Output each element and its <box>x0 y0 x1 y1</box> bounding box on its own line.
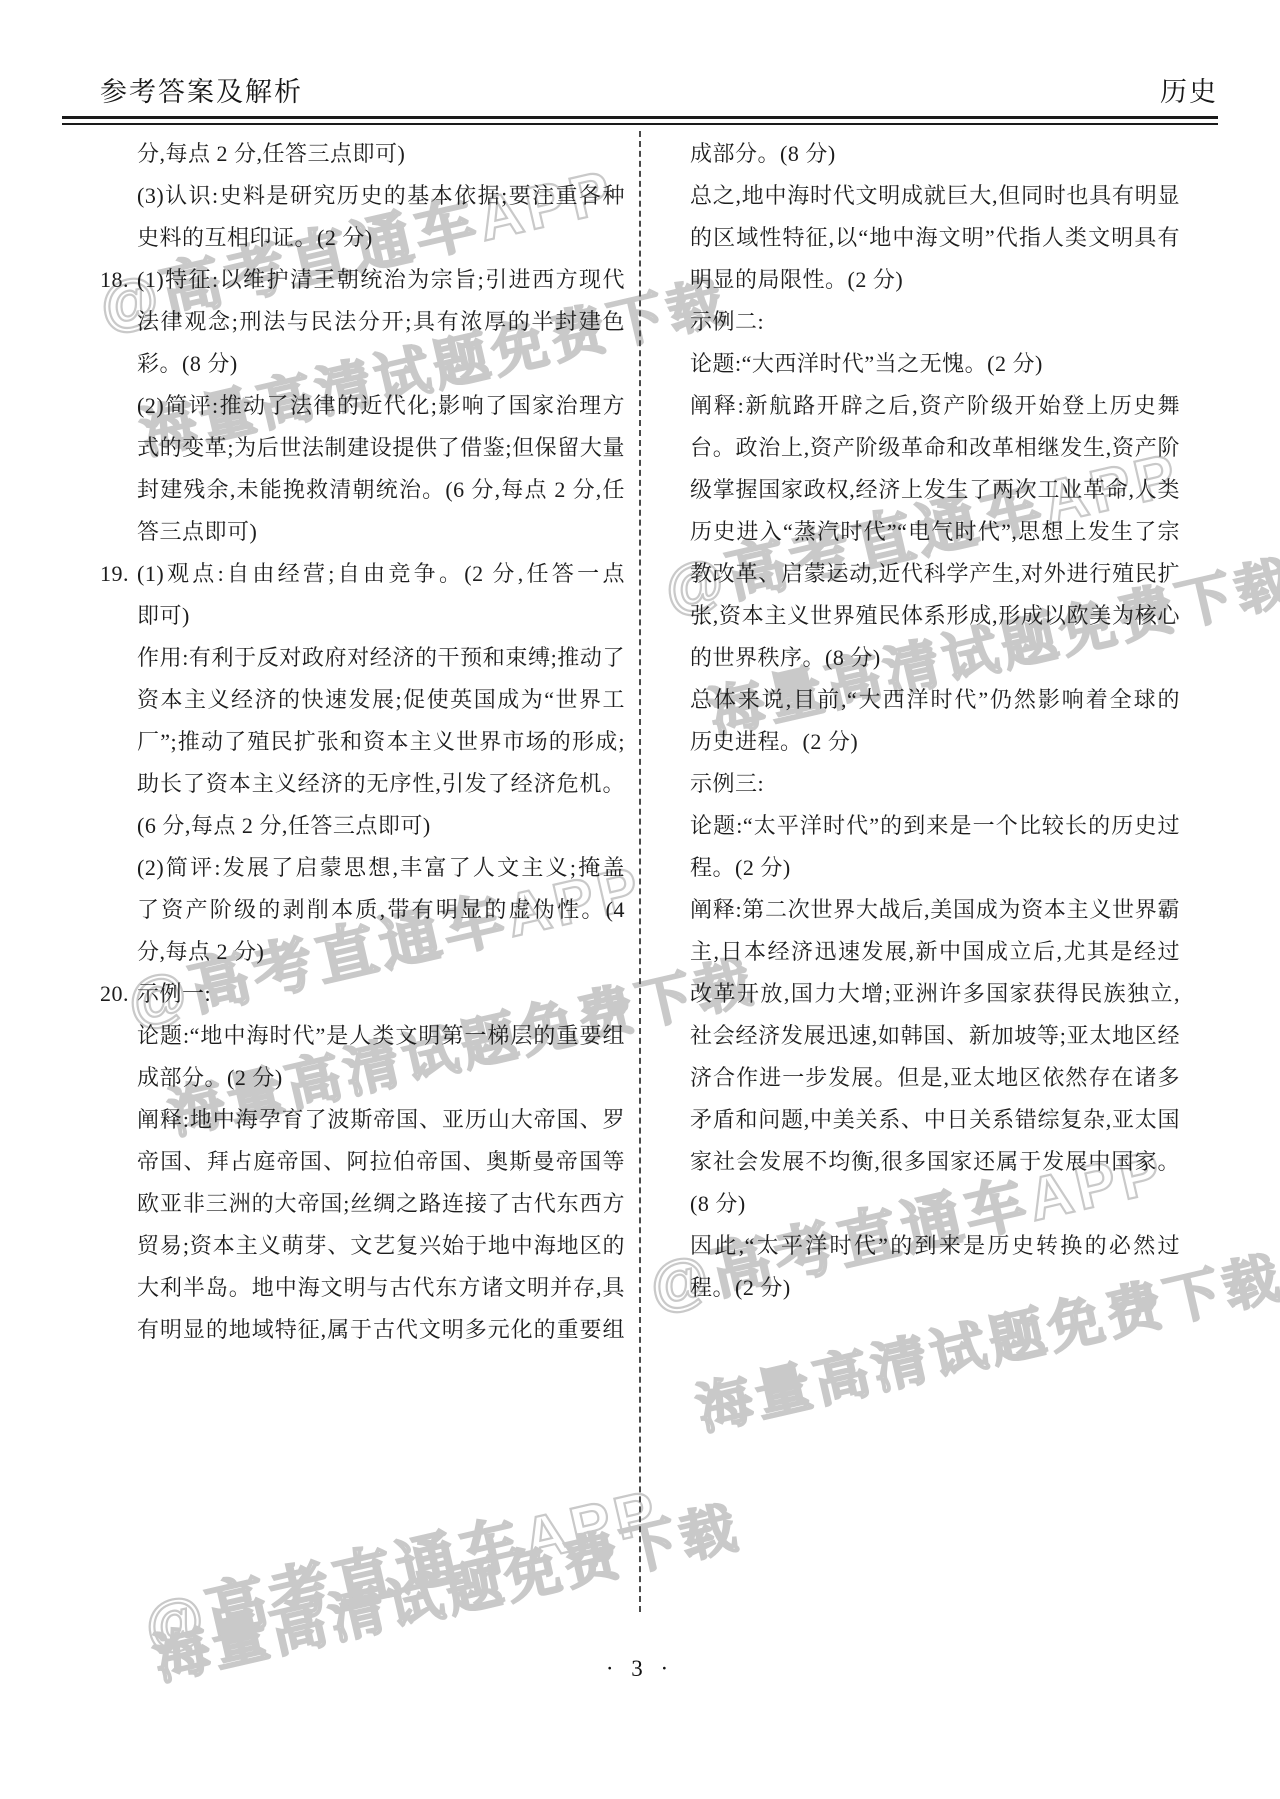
answer-line: 论题:“地中海时代”是人类文明第一梯层的重要组 <box>100 1015 625 1057</box>
answer-line: 史料的互相印证。(2 分) <box>100 217 625 259</box>
answer-text: 程。(2 分) <box>690 847 1180 889</box>
answer-text: 示例二: <box>690 301 1180 343</box>
answer-text: 贸易;资本主义萌芽、文艺复兴始于地中海地区的意 <box>137 1225 625 1267</box>
answer-line: 的世界秩序。(8 分) <box>690 637 1180 679</box>
answer-text: 历史进入“蒸汽时代”“电气时代”,思想上发生了宗 <box>690 511 1180 553</box>
answer-line: 成部分。(8 分) <box>690 133 1180 175</box>
answer-text: 程。(2 分) <box>690 1267 1180 1309</box>
answer-line: 论题:“大西洋时代”当之无愧。(2 分) <box>690 343 1180 385</box>
answer-text: 式的变革;为后世法制建设提供了借鉴;但保留大量 <box>137 427 625 469</box>
answer-line: 示例二: <box>690 301 1180 343</box>
answer-line: (6 分,每点 2 分,任答三点即可) <box>100 805 625 847</box>
answer-text: 欧亚非三洲的大帝国;丝绸之路连接了古代东西方 <box>137 1183 625 1225</box>
subject-label: 历史 <box>1160 70 1218 109</box>
answer-text: 论题:“地中海时代”是人类文明第一梯层的重要组 <box>137 1015 625 1057</box>
answer-line: 社会经济发展迅速,如韩国、新加坡等;亚太地区经 <box>690 1015 1180 1057</box>
answer-text: 济合作进一步发展。但是,亚太地区依然存在诸多 <box>690 1057 1180 1099</box>
answer-line: 程。(2 分) <box>690 1267 1180 1309</box>
answer-line: 主,日本经济迅速发展,新中国成立后,尤其是经过 <box>690 931 1180 973</box>
answer-line: 法律观念;刑法与民法分开;具有浓厚的半封建色 <box>100 301 625 343</box>
answer-text: 论题:“太平洋时代”的到来是一个比较长的历史过 <box>690 805 1180 847</box>
answer-text: 示例一: <box>137 973 625 1015</box>
question-number: 19. <box>100 553 129 595</box>
answer-text: 阐释:地中海孕育了波斯帝国、亚历山大帝国、罗马 <box>137 1099 625 1141</box>
answer-line: 即可) <box>100 595 625 637</box>
answer-text: (2)简评:发展了启蒙思想,丰富了人文主义;掩盖 <box>137 847 625 889</box>
answer-text: 大利半岛。地中海文明与古代东方诸文明并存,具 <box>137 1267 625 1309</box>
answer-line: 贸易;资本主义萌芽、文艺复兴始于地中海地区的意 <box>100 1225 625 1267</box>
answer-text: 了资产阶级的剥削本质,带有明显的虚伪性。(4 <box>137 889 625 931</box>
answer-line: (2)简评:发展了启蒙思想,丰富了人文主义;掩盖 <box>100 847 625 889</box>
answer-line: (8 分) <box>690 1183 1180 1225</box>
answer-line: 帝国、拜占庭帝国、阿拉伯帝国、奥斯曼帝国等地跨 <box>100 1141 625 1183</box>
answer-text: 阐释:新航路开辟之后,资产阶级开始登上历史舞 <box>690 385 1180 427</box>
answer-line: 论题:“太平洋时代”的到来是一个比较长的历史过 <box>690 805 1180 847</box>
right-column: 成部分。(8 分)总之,地中海时代文明成就巨大,但同时也具有明显的区域性特征,以… <box>690 133 1180 1309</box>
answer-line: 分,每点 2 分) <box>100 931 625 973</box>
question-number: 20. <box>100 973 129 1015</box>
left-column: 分,每点 2 分,任答三点即可)(3)认识:史料是研究历史的基本依据;要注重各种… <box>100 133 625 1351</box>
page-number: · 3 · <box>10 1656 1270 1682</box>
answer-text: 的世界秩序。(8 分) <box>690 637 1180 679</box>
answer-line: 大利半岛。地中海文明与古代东方诸文明并存,具 <box>100 1267 625 1309</box>
answer-text: 改革开放,国力大增;亚洲许多国家获得民族独立, <box>690 973 1180 1015</box>
question-number: 18. <box>100 259 129 301</box>
answer-line: 家社会发展不均衡,很多国家还属于发展中国家。 <box>690 1141 1180 1183</box>
answer-text: 家社会发展不均衡,很多国家还属于发展中国家。 <box>690 1141 1180 1183</box>
answer-text: 主,日本经济迅速发展,新中国成立后,尤其是经过 <box>690 931 1180 973</box>
answer-text: (6 分,每点 2 分,任答三点即可) <box>137 805 625 847</box>
answer-text: 因此,“太平洋时代”的到来是历史转换的必然过 <box>690 1225 1180 1267</box>
answer-text: 有明显的地域特征,属于古代文明多元化的重要组 <box>137 1309 625 1351</box>
answer-line: 分,每点 2 分,任答三点即可) <box>100 133 625 175</box>
answer-text: 的区域性特征,以“地中海文明”代指人类文明具有 <box>690 217 1180 259</box>
answer-text: 史料的互相印证。(2 分) <box>137 217 625 259</box>
answer-line: 厂”;推动了殖民扩张和资本主义世界市场的形成; <box>100 721 625 763</box>
answer-text: 即可) <box>137 595 625 637</box>
answer-text: 台。政治上,资产阶级革命和改革相继发生,资产阶 <box>690 427 1180 469</box>
answer-text: 张,资本主义世界殖民体系形成,形成以欧美为核心 <box>690 595 1180 637</box>
answer-line: 矛盾和问题,中美关系、中日关系错综复杂,亚太国 <box>690 1099 1180 1141</box>
answer-text: 资本主义经济的快速发展;促使英国成为“世界工 <box>137 679 625 721</box>
answer-text: (1)特征:以维护清王朝统治为宗旨;引进西方现代 <box>137 259 625 301</box>
answer-text: 矛盾和问题,中美关系、中日关系错综复杂,亚太国 <box>690 1099 1180 1141</box>
answer-line: 张,资本主义世界殖民体系形成,形成以欧美为核心 <box>690 595 1180 637</box>
header-rule <box>62 116 1218 125</box>
answer-line: 阐释:新航路开辟之后,资产阶级开始登上历史舞 <box>690 385 1180 427</box>
answer-text: 教改革、启蒙运动,近代科学产生,对外进行殖民扩 <box>690 553 1180 595</box>
answer-line: 济合作进一步发展。但是,亚太地区依然存在诸多 <box>690 1057 1180 1099</box>
answer-text: 分,每点 2 分) <box>137 931 625 973</box>
answer-line: 教改革、启蒙运动,近代科学产生,对外进行殖民扩 <box>690 553 1180 595</box>
answer-text: 封建残余,未能挽救清朝统治。(6 分,每点 2 分,任 <box>137 469 625 511</box>
answer-line: 作用:有利于反对政府对经济的干预和束缚;推动了 <box>100 637 625 679</box>
answer-line: 彩。(8 分) <box>100 343 625 385</box>
answer-line: 历史进入“蒸汽时代”“电气时代”,思想上发生了宗 <box>690 511 1180 553</box>
answer-line: 总体来说,目前,“大西洋时代”仍然影响着全球的 <box>690 679 1180 721</box>
answer-text: 总之,地中海时代文明成就巨大,但同时也具有明显 <box>690 175 1180 217</box>
answer-text: (8 分) <box>690 1183 1180 1225</box>
answer-line: 明显的局限性。(2 分) <box>690 259 1180 301</box>
answer-line: 助长了资本主义经济的无序性,引发了经济危机。 <box>100 763 625 805</box>
answer-line: 封建残余,未能挽救清朝统治。(6 分,每点 2 分,任 <box>100 469 625 511</box>
answer-text: 明显的局限性。(2 分) <box>690 259 1180 301</box>
answer-line: 级掌握国家政权,经济上发生了两次工业革命,人类 <box>690 469 1180 511</box>
answer-line: (3)认识:史料是研究历史的基本依据;要注重各种 <box>100 175 625 217</box>
answer-line: 因此,“太平洋时代”的到来是历史转换的必然过 <box>690 1225 1180 1267</box>
answer-text: 帝国、拜占庭帝国、阿拉伯帝国、奥斯曼帝国等地跨 <box>137 1141 625 1183</box>
answer-line: 20.示例一: <box>100 973 625 1015</box>
answer-line: 19.(1)观点:自由经营;自由竞争。(2 分,任答一点 <box>100 553 625 595</box>
answer-line: 阐释:第二次世界大战后,美国成为资本主义世界霸 <box>690 889 1180 931</box>
answer-text: 作用:有利于反对政府对经济的干预和束缚;推动了 <box>137 637 625 679</box>
answer-text: 法律观念;刑法与民法分开;具有浓厚的半封建色 <box>137 301 625 343</box>
answer-text: 历史进程。(2 分) <box>690 721 1180 763</box>
answer-line: (2)简评:推动了法律的近代化;影响了国家治理方 <box>100 385 625 427</box>
answer-text: 级掌握国家政权,经济上发生了两次工业革命,人类 <box>690 469 1180 511</box>
answer-line: 成部分。(2 分) <box>100 1057 625 1099</box>
answer-text: 示例三: <box>690 763 1180 805</box>
answer-line: 资本主义经济的快速发展;促使英国成为“世界工 <box>100 679 625 721</box>
answer-line: 的区域性特征,以“地中海文明”代指人类文明具有 <box>690 217 1180 259</box>
answer-line: 总之,地中海时代文明成就巨大,但同时也具有明显 <box>690 175 1180 217</box>
answer-line: 了资产阶级的剥削本质,带有明显的虚伪性。(4 <box>100 889 625 931</box>
answer-line: 阐释:地中海孕育了波斯帝国、亚历山大帝国、罗马 <box>100 1099 625 1141</box>
answer-text: 阐释:第二次世界大战后,美国成为资本主义世界霸 <box>690 889 1180 931</box>
answer-line: 欧亚非三洲的大帝国;丝绸之路连接了古代东西方 <box>100 1183 625 1225</box>
answer-line: 有明显的地域特征,属于古代文明多元化的重要组 <box>100 1309 625 1351</box>
answer-text: 论题:“大西洋时代”当之无愧。(2 分) <box>690 343 1180 385</box>
answer-text: (1)观点:自由经营;自由竞争。(2 分,任答一点 <box>137 553 625 595</box>
answer-text: (3)认识:史料是研究历史的基本依据;要注重各种 <box>137 175 625 217</box>
answer-line: 历史进程。(2 分) <box>690 721 1180 763</box>
answer-text: 答三点即可) <box>137 511 625 553</box>
answer-text: 分,每点 2 分,任答三点即可) <box>137 133 625 175</box>
answer-text: 成部分。(2 分) <box>137 1057 625 1099</box>
answer-text: 助长了资本主义经济的无序性,引发了经济危机。 <box>137 763 625 805</box>
answer-line: 答三点即可) <box>100 511 625 553</box>
answer-line: 台。政治上,资产阶级革命和改革相继发生,资产阶 <box>690 427 1180 469</box>
answer-text: 成部分。(8 分) <box>690 133 1180 175</box>
answer-line: 改革开放,国力大增;亚洲许多国家获得民族独立, <box>690 973 1180 1015</box>
answer-line: 式的变革;为后世法制建设提供了借鉴;但保留大量 <box>100 427 625 469</box>
answer-line: 程。(2 分) <box>690 847 1180 889</box>
answer-text: 社会经济发展迅速,如韩国、新加坡等;亚太地区经 <box>690 1015 1180 1057</box>
answer-text: 总体来说,目前,“大西洋时代”仍然影响着全球的 <box>690 679 1180 721</box>
answer-text: (2)简评:推动了法律的近代化;影响了国家治理方 <box>137 385 625 427</box>
page-title: 参考答案及解析 <box>100 70 303 109</box>
column-divider <box>639 131 641 1612</box>
answer-line: 示例三: <box>690 763 1180 805</box>
answer-text: 厂”;推动了殖民扩张和资本主义世界市场的形成; <box>137 721 625 763</box>
answer-line: 18.(1)特征:以维护清王朝统治为宗旨;引进西方现代 <box>100 259 625 301</box>
answer-text: 彩。(8 分) <box>137 343 625 385</box>
